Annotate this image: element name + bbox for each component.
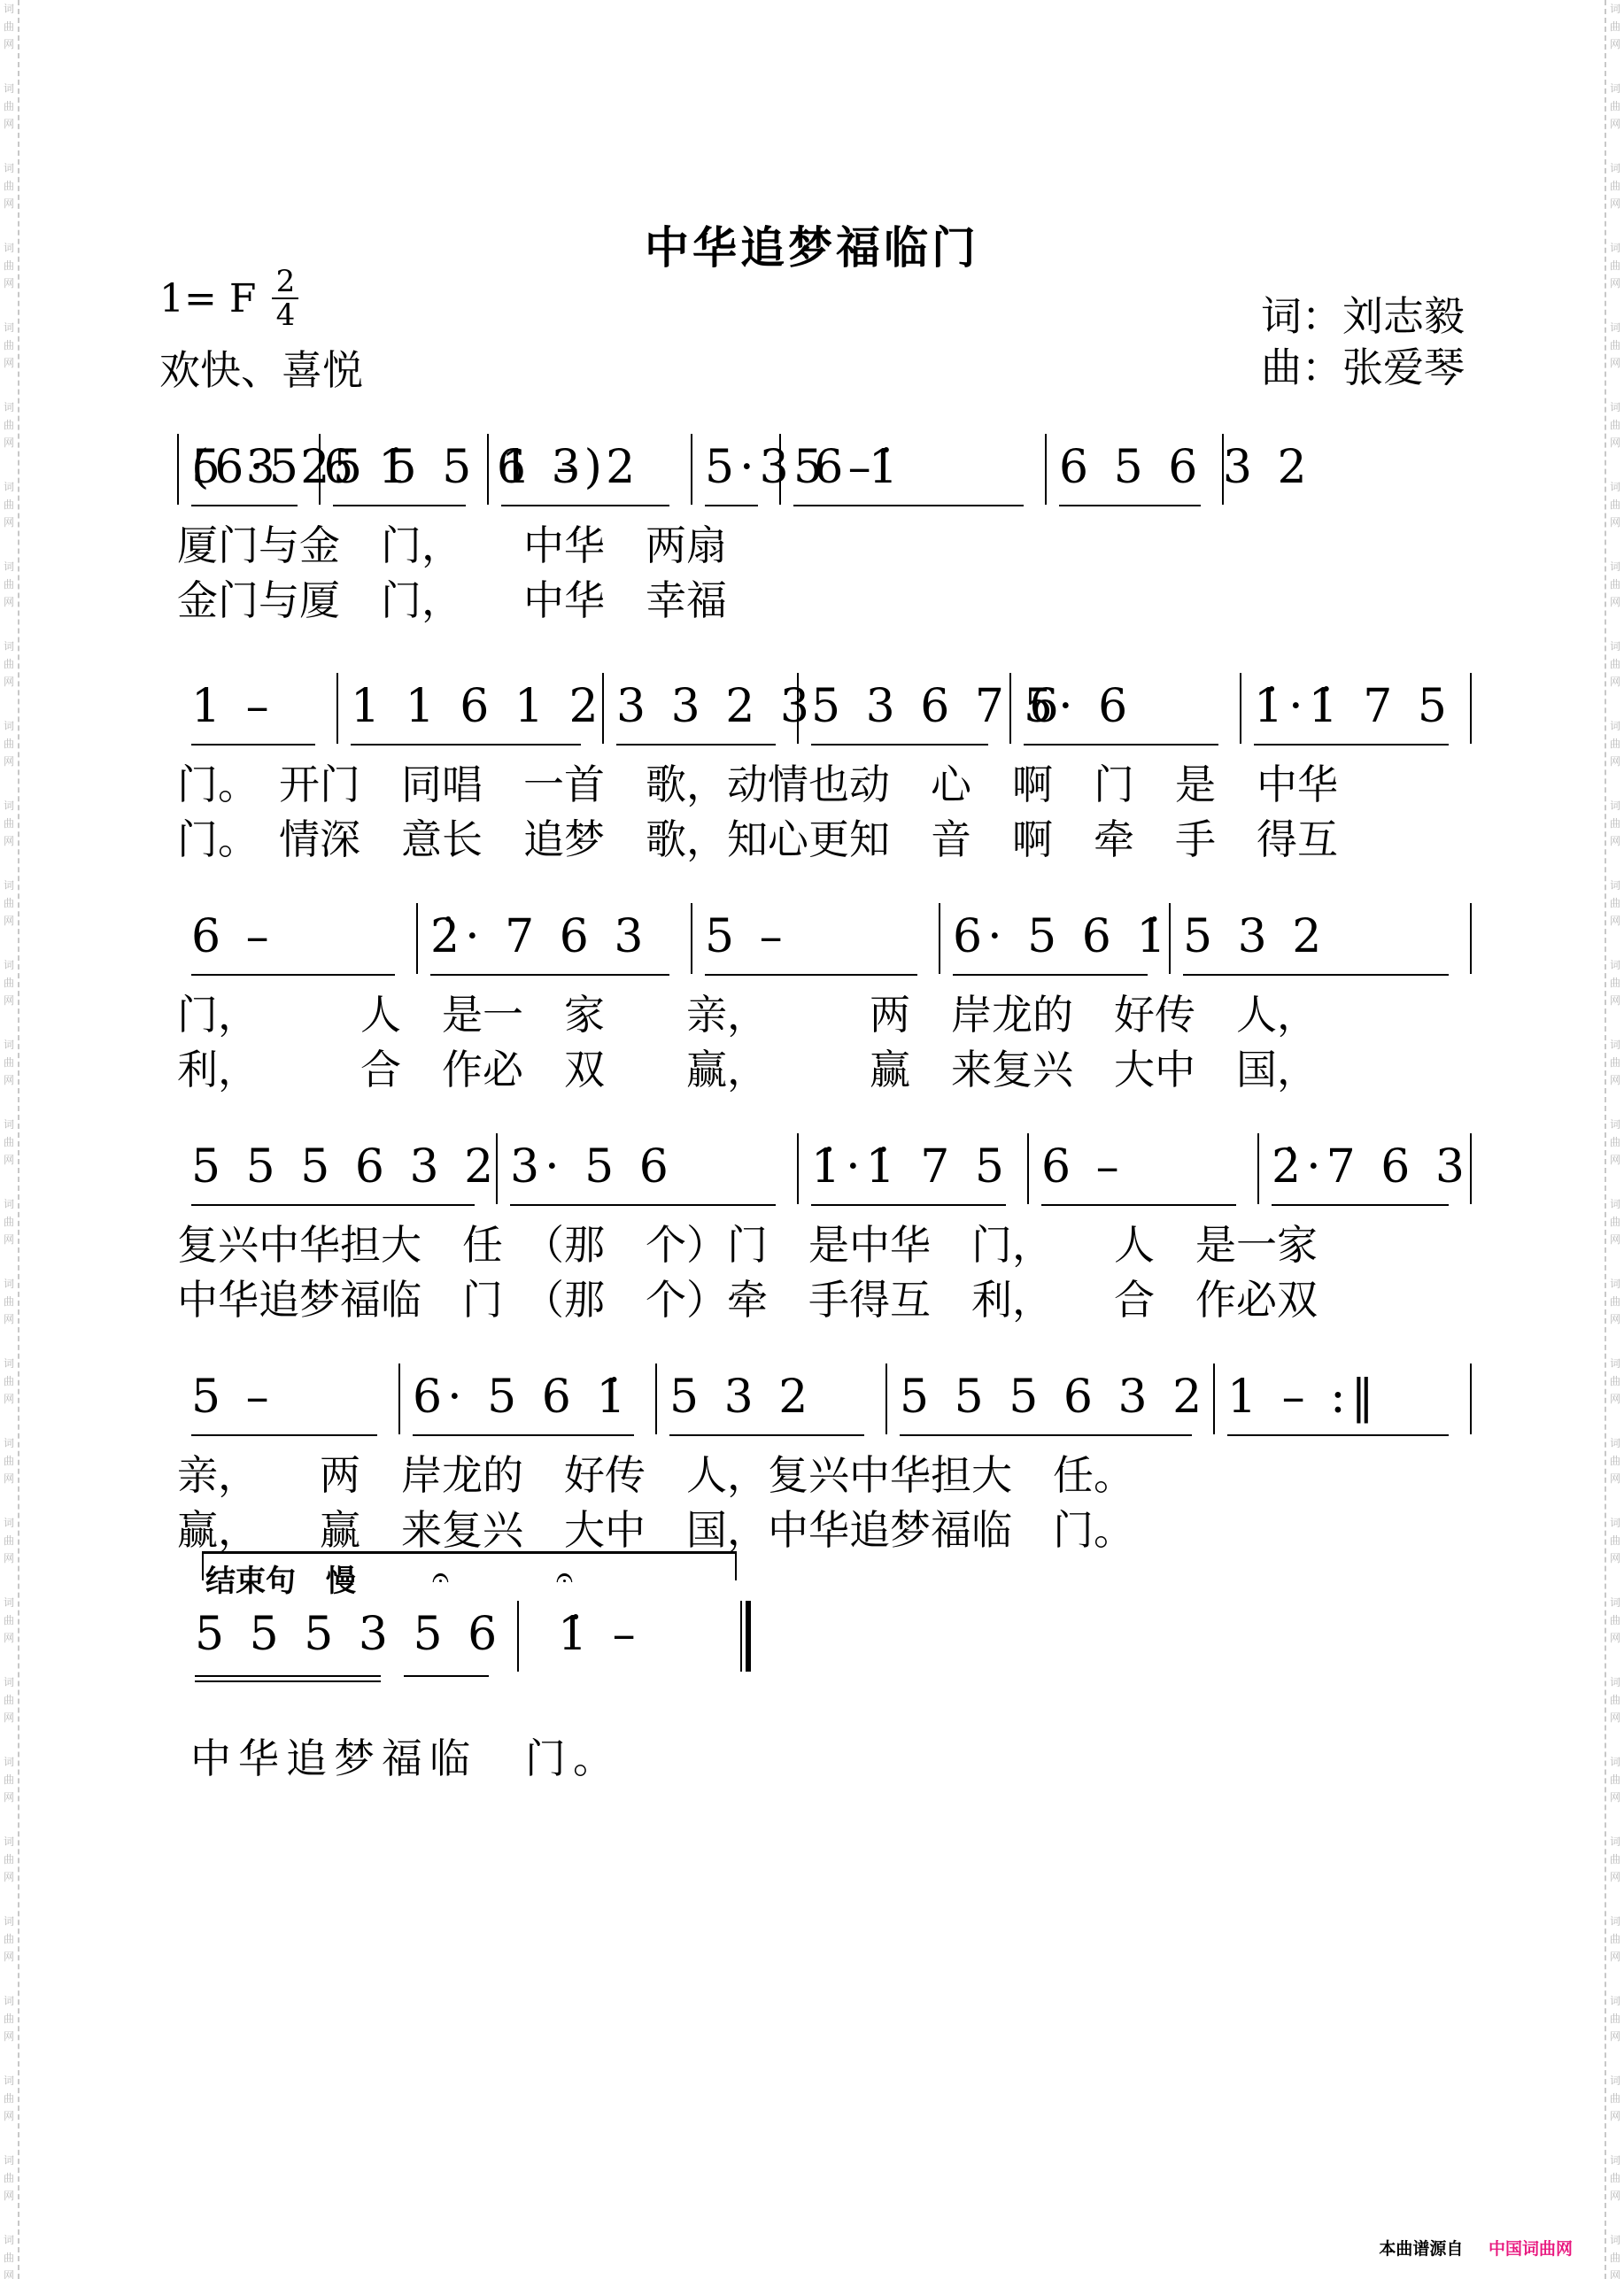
underline (191, 1204, 475, 1206)
watermark-text: 词曲网 (1608, 1195, 1622, 1248)
bar-line (398, 1364, 400, 1434)
measure-notes: 6· 5 6 1̇ (953, 910, 1171, 963)
bar-line (1240, 673, 1241, 744)
watermark-text: 词曲网 (1608, 717, 1622, 770)
time-numerator: 2 (276, 266, 296, 297)
watermark-text: 词曲网 (2, 797, 16, 850)
underline (1272, 1204, 1449, 1206)
bar-line (885, 1364, 887, 1434)
lyric-text: 复兴中华担大 任 （那 个）门 是中华 门， 人 是一家 (177, 1213, 1318, 1271)
watermark-text: 词曲网 (2, 1514, 16, 1567)
bar-line (496, 1133, 498, 1204)
bar-line (319, 434, 321, 505)
coda-lyric: 中华追梦福临 门。 (190, 1727, 621, 1785)
underline (1227, 1434, 1449, 1436)
underline (191, 1434, 377, 1436)
watermark-text: 词曲网 (1608, 2231, 1622, 2279)
measure-notes: 5 5 5 6 3 2 (900, 1371, 1207, 1424)
watermark-text: 词曲网 (1608, 1434, 1622, 1487)
lyric-text: 中华追梦福临 门 （那 个）牵 手得互 利， 合 作必双 (177, 1268, 1318, 1326)
tempo-mood: 欢快、喜悦 (159, 338, 363, 397)
watermark-text: 词曲网 (1608, 1753, 1622, 1806)
bar-line (1470, 673, 1472, 744)
footer: 本曲谱源自 中国词曲网 (1379, 2236, 1573, 2260)
underline (1183, 974, 1449, 976)
measure-notes: 5· 6 (1024, 680, 1133, 733)
bar-line (691, 903, 692, 974)
bar-line (336, 673, 338, 744)
watermark-text: 词曲网 (1608, 877, 1622, 930)
measure-notes: 3· 5 6 (510, 1140, 674, 1194)
key-signature: 1= F 2 4 (159, 266, 298, 331)
fermata-icon: 𝄐 (556, 1560, 573, 1595)
measure-notes: 1̇·1̇ 7 5 (811, 1140, 1009, 1194)
measure-notes: 5 3 2 (191, 441, 335, 494)
lyric-verse2: 中华追梦福临 门 （那 个）牵 手得互 利， 合 作必双 (177, 1268, 1470, 1323)
bar-line (655, 1364, 657, 1434)
time-denominator: 4 (276, 299, 296, 331)
underline (191, 974, 395, 976)
watermark-text: 词曲网 (2, 1355, 16, 1408)
bar-line (1222, 434, 1224, 505)
bar-line (1470, 1133, 1472, 1204)
watermark-text: 词曲网 (2, 2072, 16, 2125)
lyric-verse1: 亲， 两 岸龙的 好传 人，复兴中华担大 任。 (177, 1443, 1470, 1498)
bar-line (1213, 1364, 1215, 1434)
underline (333, 505, 466, 506)
measure-notes: 2̇· 7 6 3 (430, 910, 648, 963)
watermark-text: 词曲网 (1608, 1833, 1622, 1886)
underline (811, 1204, 1006, 1206)
final-bar-line-thick (746, 1601, 751, 1672)
lyric-text: 金门与厦 门， 中华 幸福 (177, 568, 727, 627)
watermark-text: 词曲网 (2, 1275, 16, 1328)
watermark-text: 词曲网 (1608, 80, 1622, 133)
watermark-text: 词曲网 (2, 1116, 16, 1169)
score-line1: (6·5 6 1̇5 3 25 5 5 6 3 21 –)5·3 6 1̇5 –… (177, 434, 1470, 623)
score-line3: 6 –2̇· 7 6 35 –6· 5 6 1̇5 3 2门， 人 是一 家 亲… (177, 903, 1470, 1093)
watermark-text: 词曲网 (2, 1195, 16, 1248)
watermark-text: 词曲网 (1608, 956, 1622, 1009)
watermark-text: 词曲网 (2, 558, 16, 611)
measure-notes: 6 – (191, 910, 275, 963)
lyric-verse2: 赢， 赢 来复兴 大中 国，中华追梦福临 门。 (177, 1498, 1470, 1553)
watermark-text: 词曲网 (1608, 1912, 1622, 1966)
bar-line (487, 434, 489, 505)
measure-notes: 1 – :‖ (1227, 1371, 1380, 1424)
underline (669, 1434, 864, 1436)
measure-notes: 5 3 2 (669, 1371, 813, 1424)
lyric-verse1: 门， 人 是一 家 亲， 两 岸龙的 好传 人， (177, 983, 1470, 1038)
measure-notes: 1̇·1̇ 7 5 (1254, 680, 1452, 733)
watermark-text: 词曲网 (1608, 1673, 1622, 1727)
lyric-text: 门。 开门 同唱 一首 歌，动情也动 心 啊 门 是 中华 (177, 753, 1338, 811)
bar-line (939, 903, 940, 974)
underline (953, 974, 1148, 976)
watermark-text: 词曲网 (1608, 2072, 1622, 2125)
underline (1024, 744, 1218, 746)
lyric-verse2: 利， 合 作必 双 赢， 赢 来复兴 大中 国， (177, 1038, 1470, 1093)
watermark-text: 词曲网 (2, 398, 16, 452)
bar-line (1045, 434, 1047, 505)
lyric-verse1: 复兴中华担大 任 （那 个）门 是中华 门， 人 是一家 (177, 1213, 1470, 1268)
underline (501, 505, 669, 506)
watermark-text: 词曲网 (1608, 637, 1622, 691)
watermark-text: 词曲网 (1608, 1992, 1622, 2045)
watermark-text: 词曲网 (1608, 1116, 1622, 1169)
composer: 曲：张爱琴 (1261, 342, 1465, 393)
measure-notes: 5 3 2 (1183, 910, 1326, 963)
lyric-text: 利， 合 作必 双 赢， 赢 来复兴 大中 国， (177, 1038, 1318, 1096)
underline (404, 1675, 489, 1677)
watermark-text: 词曲网 (2, 717, 16, 770)
bar-line (1470, 903, 1472, 974)
lyric-verse2: 金门与厦 门， 中华 幸福 (177, 568, 1470, 623)
bar-line (797, 1133, 799, 1204)
watermark-text: 词曲网 (2, 80, 16, 133)
measure-notes: 6 – (1041, 1140, 1125, 1194)
watermark-text: 词曲网 (1608, 1275, 1622, 1328)
source-label: 本曲谱源自 (1379, 2239, 1463, 2259)
measure-notes: 5 – (705, 910, 788, 963)
watermark-text: 词曲网 (2, 2152, 16, 2205)
underline (705, 505, 758, 506)
watermark-text: 词曲网 (1608, 478, 1622, 531)
watermark-text: 词曲网 (1608, 558, 1622, 611)
measure-notes: 3 3 2 3 (616, 680, 815, 733)
underline (793, 505, 1024, 506)
watermark-text: 词曲网 (2, 637, 16, 691)
bar-line (517, 1601, 519, 1672)
bar-line (1009, 673, 1011, 744)
underline (900, 1434, 1192, 1436)
bar-line (779, 434, 781, 505)
underline (616, 744, 776, 746)
bar-line (1470, 1364, 1472, 1434)
lyric-text: 门。 情深 意长 追梦 歌，知心更知 音 啊 牵 手 得互 (177, 807, 1338, 866)
notes-row: (6·5 6 1̇5 3 25 5 5 6 3 21 –)5·3 6 1̇5 –… (177, 434, 1470, 514)
bar-line (1169, 903, 1171, 974)
measure-notes: 5 – (793, 441, 877, 494)
measure-notes: 1 –) (501, 441, 607, 494)
watermark-text: 词曲网 (2, 1992, 16, 2045)
watermark-text: 词曲网 (2, 1594, 16, 1647)
watermark-text: 词曲网 (1608, 1594, 1622, 1647)
watermark-text: 词曲网 (1608, 1355, 1622, 1408)
site-link[interactable]: 中国词曲网 (1489, 2239, 1573, 2259)
coda-label: 结束句 慢 (205, 1557, 356, 1600)
notes-row: 1 –1 1 6 1 23 3 2 35 3 6 7 65· 61̇·1̇ 7 … (177, 673, 1470, 753)
lyricist: 词：刘志毅 (1261, 290, 1465, 342)
lyric-text: 门， 人 是一 家 亲， 两 岸龙的 好传 人， (177, 983, 1318, 1041)
measure-notes: 6· 5 6 1̇ (413, 1371, 630, 1424)
measure-notes: 1 1 6 1 2 (351, 680, 604, 733)
underline (195, 1675, 381, 1677)
coda-notes: 5 5 5 3 5 6 1̇ – (177, 1601, 1470, 1680)
time-signature: 2 4 (272, 266, 298, 331)
watermark-text: 词曲网 (1608, 797, 1622, 850)
score-line5: 5 –6· 5 6 1̇5 3 25 5 5 6 3 21 – :‖亲， 两 岸… (177, 1364, 1470, 1553)
watermark-text: 词曲网 (1608, 159, 1622, 212)
watermark-text: 词曲网 (2, 1434, 16, 1487)
watermark-text: 词曲网 (2, 1673, 16, 1727)
bar-line (691, 434, 692, 505)
underline (705, 974, 917, 976)
underline (430, 974, 669, 976)
bar-line (602, 673, 604, 744)
underline (413, 1434, 634, 1436)
watermark-text: 词曲网 (2, 1753, 16, 1806)
watermark-text: 词曲网 (2, 0, 16, 53)
watermark-text: 词曲网 (1608, 398, 1622, 452)
underline (191, 505, 298, 506)
notes-row: 5 –6· 5 6 1̇5 3 25 5 5 6 3 21 – :‖ (177, 1364, 1470, 1443)
score-line2: 1 –1 1 6 1 23 3 2 35 3 6 7 65· 61̇·1̇ 7 … (177, 673, 1470, 862)
underline (1059, 505, 1201, 506)
lyric-verse1: 厦门与金 门， 中华 两扇 (177, 514, 1470, 568)
underline (1254, 744, 1449, 746)
key-label: 1= F (159, 276, 256, 321)
measure-notes: 6 5 6 3 2 (1059, 441, 1312, 494)
coda-measure-2: 1̇ – (558, 1608, 641, 1661)
measure-notes: 5 5 5 6 3 2 (191, 1140, 499, 1194)
final-bar-line-thin (740, 1601, 742, 1672)
bar-line (416, 903, 418, 974)
underline (1041, 1204, 1236, 1206)
watermark-text: 词曲网 (2, 1036, 16, 1089)
watermark-text: 词曲网 (2, 1912, 16, 1966)
underline (195, 1680, 381, 1682)
watermark-text: 词曲网 (2, 159, 16, 212)
underline (510, 1204, 776, 1206)
measure-notes: 2̇·7 6 3 (1272, 1140, 1470, 1194)
watermark-text: 词曲网 (2, 2231, 16, 2279)
measure-notes: 1 – (191, 680, 275, 733)
watermark-text: 词曲网 (1608, 1514, 1622, 1567)
watermark-text: 词曲网 (2, 956, 16, 1009)
watermark-text: 词曲网 (1608, 1036, 1622, 1089)
notes-row: 6 –2̇· 7 6 35 –6· 5 6 1̇5 3 2 (177, 903, 1470, 983)
watermark-text: 词曲网 (1608, 2152, 1622, 2205)
watermark-text: 词曲网 (2, 877, 16, 930)
watermark-text: 词曲网 (2, 478, 16, 531)
underline (351, 744, 581, 746)
lyric-verse1: 门。 开门 同唱 一首 歌，动情也动 心 啊 门 是 中华 (177, 753, 1470, 807)
fermata-icon: 𝄐 (432, 1560, 449, 1595)
credits: 词：刘志毅 曲：张爱琴 (1261, 290, 1465, 393)
lyric-verse2: 门。 情深 意长 追梦 歌，知心更知 音 啊 牵 手 得互 (177, 807, 1470, 862)
coda-notes-row: 5 5 5 3 5 6 1̇ – (177, 1601, 1470, 1680)
bar-line (1257, 1133, 1259, 1204)
watermark-text: 词曲网 (1608, 319, 1622, 372)
lyric-text: 亲， 两 岸龙的 好传 人，复兴中华担大 任。 (177, 1443, 1134, 1502)
score-line4: 5 5 5 6 3 23· 5 61̇·1̇ 7 56 –2̇·7 6 3复兴中… (177, 1133, 1470, 1323)
watermark-text: 词曲网 (2, 319, 16, 372)
lyric-text: 赢， 赢 来复兴 大中 国，中华追梦福临 门。 (177, 1498, 1134, 1557)
bar-line (177, 434, 179, 505)
underline (191, 744, 315, 746)
notes-row: 5 5 5 6 3 23· 5 61̇·1̇ 7 56 –2̇·7 6 3 (177, 1133, 1470, 1213)
watermark-text: 词曲网 (1608, 0, 1622, 53)
bar-line (797, 673, 799, 744)
underline (811, 744, 988, 746)
measure-notes: 5 – (191, 1371, 275, 1424)
coda-measure-1: 5 5 5 3 5 6 (195, 1608, 502, 1661)
bar-line (1027, 1133, 1029, 1204)
watermark-text: 词曲网 (2, 1833, 16, 1886)
lyric-text: 厦门与金 门， 中华 两扇 (177, 514, 727, 572)
